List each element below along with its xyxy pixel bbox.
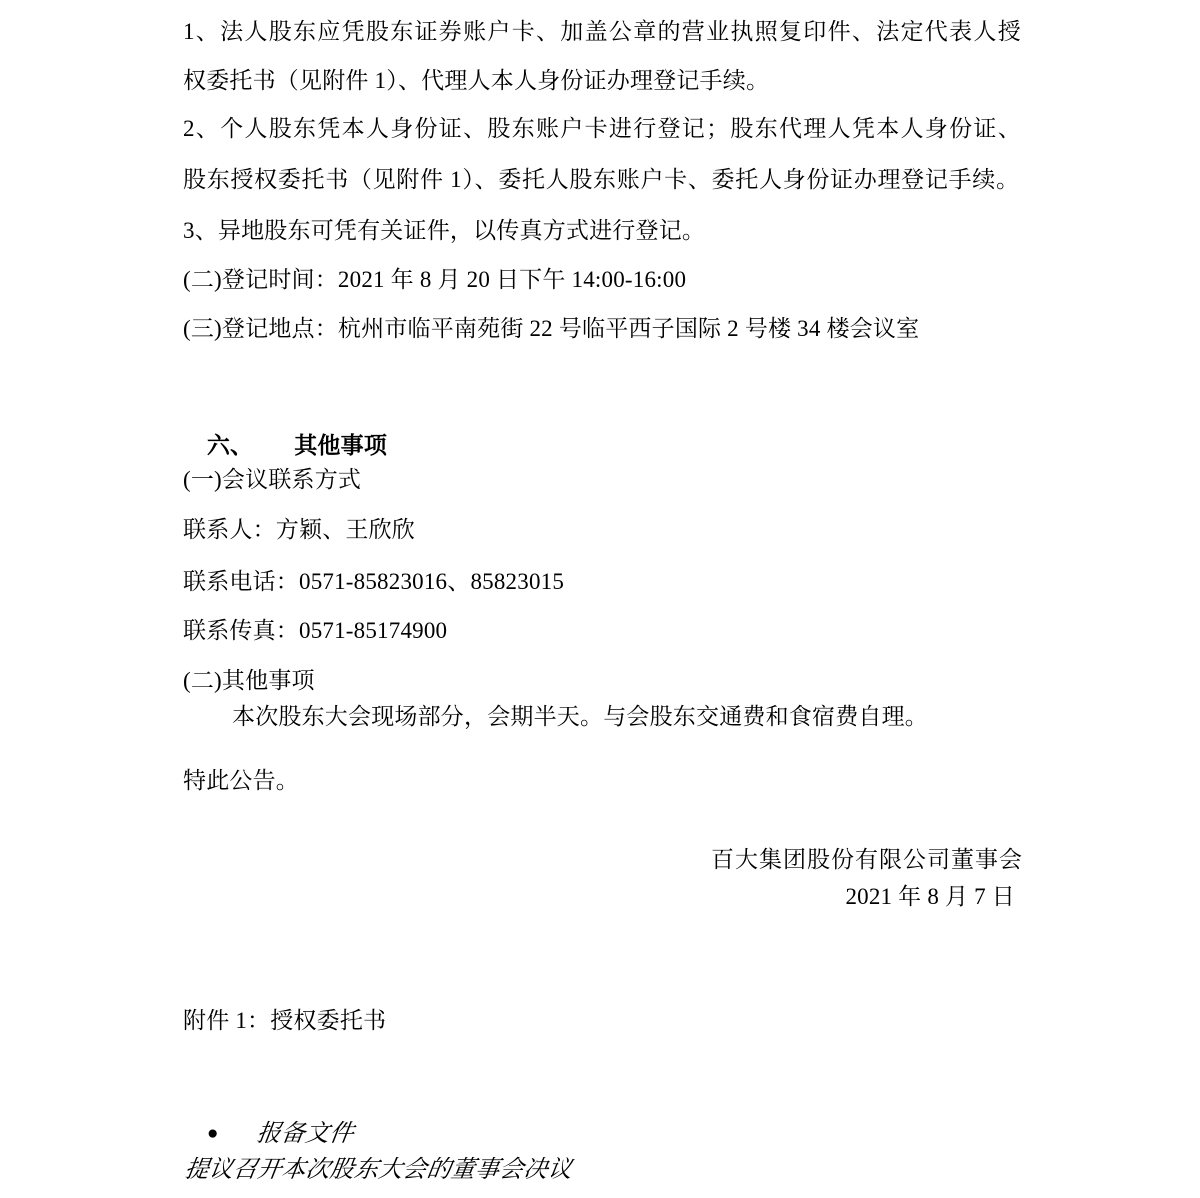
closing-signature: 百大集团股份有限公司董事会: [711, 847, 1023, 872]
registration-place: (三)登记地点：杭州市临平南苑街 22 号临平西子国际 2 号楼 34 楼会议室: [183, 316, 919, 341]
document-page: 1、法人股东应凭股东证券账户卡、加盖公章的营业执照复印件、法定代表人授 权委托书…: [0, 0, 1200, 1198]
contact-person: 联系人：方颖、王欣欣: [183, 517, 415, 542]
contact-fax: 联系传真：0571-85174900: [183, 618, 447, 643]
filing-item: 提议召开本次股东大会的董事会决议: [183, 1158, 574, 1183]
closing-date: 2021 年 8 月 7 日: [845, 884, 1015, 909]
registration-item3: 3、异地股东可凭有关证件，以传真方式进行登记。: [183, 218, 705, 243]
section-number: 六、: [207, 433, 253, 458]
misc-body: 本次股东大会现场部分，会期半天。与会股东交通费和食宿费自理。: [232, 704, 928, 729]
registration-time: (二)登记时间：2021 年 8 月 20 日下午 14:00-16:00: [183, 267, 686, 292]
contact-heading: (一)会议联系方式: [183, 467, 361, 492]
registration-item2-line1: 2、个人股东凭本人身份证、股东账户卡进行登记；股东代理人凭本人身份证、: [183, 116, 1022, 141]
misc-heading: (二)其他事项: [183, 668, 315, 693]
registration-item2-line2: 股东授权委托书（见附件 1）、委托人股东账户卡、委托人身份证办理登记手续。: [183, 167, 1020, 192]
registration-item1-line2: 权委托书（见附件 1）、代理人本人身份证办理登记手续。: [183, 68, 769, 93]
bullet-icon: ●: [204, 1120, 222, 1147]
contact-phone: 联系电话：0571-85823016、85823015: [183, 569, 564, 594]
filing-title: 报备文件: [255, 1122, 355, 1147]
attachment-label: 附件 1：授权委托书: [183, 1008, 386, 1033]
section-title: 其他事项: [294, 433, 387, 458]
closing-announcement: 特此公告。: [183, 768, 299, 793]
registration-item1-line1: 1、法人股东应凭股东证券账户卡、加盖公章的营业执照复印件、法定代表人授: [183, 19, 1022, 44]
